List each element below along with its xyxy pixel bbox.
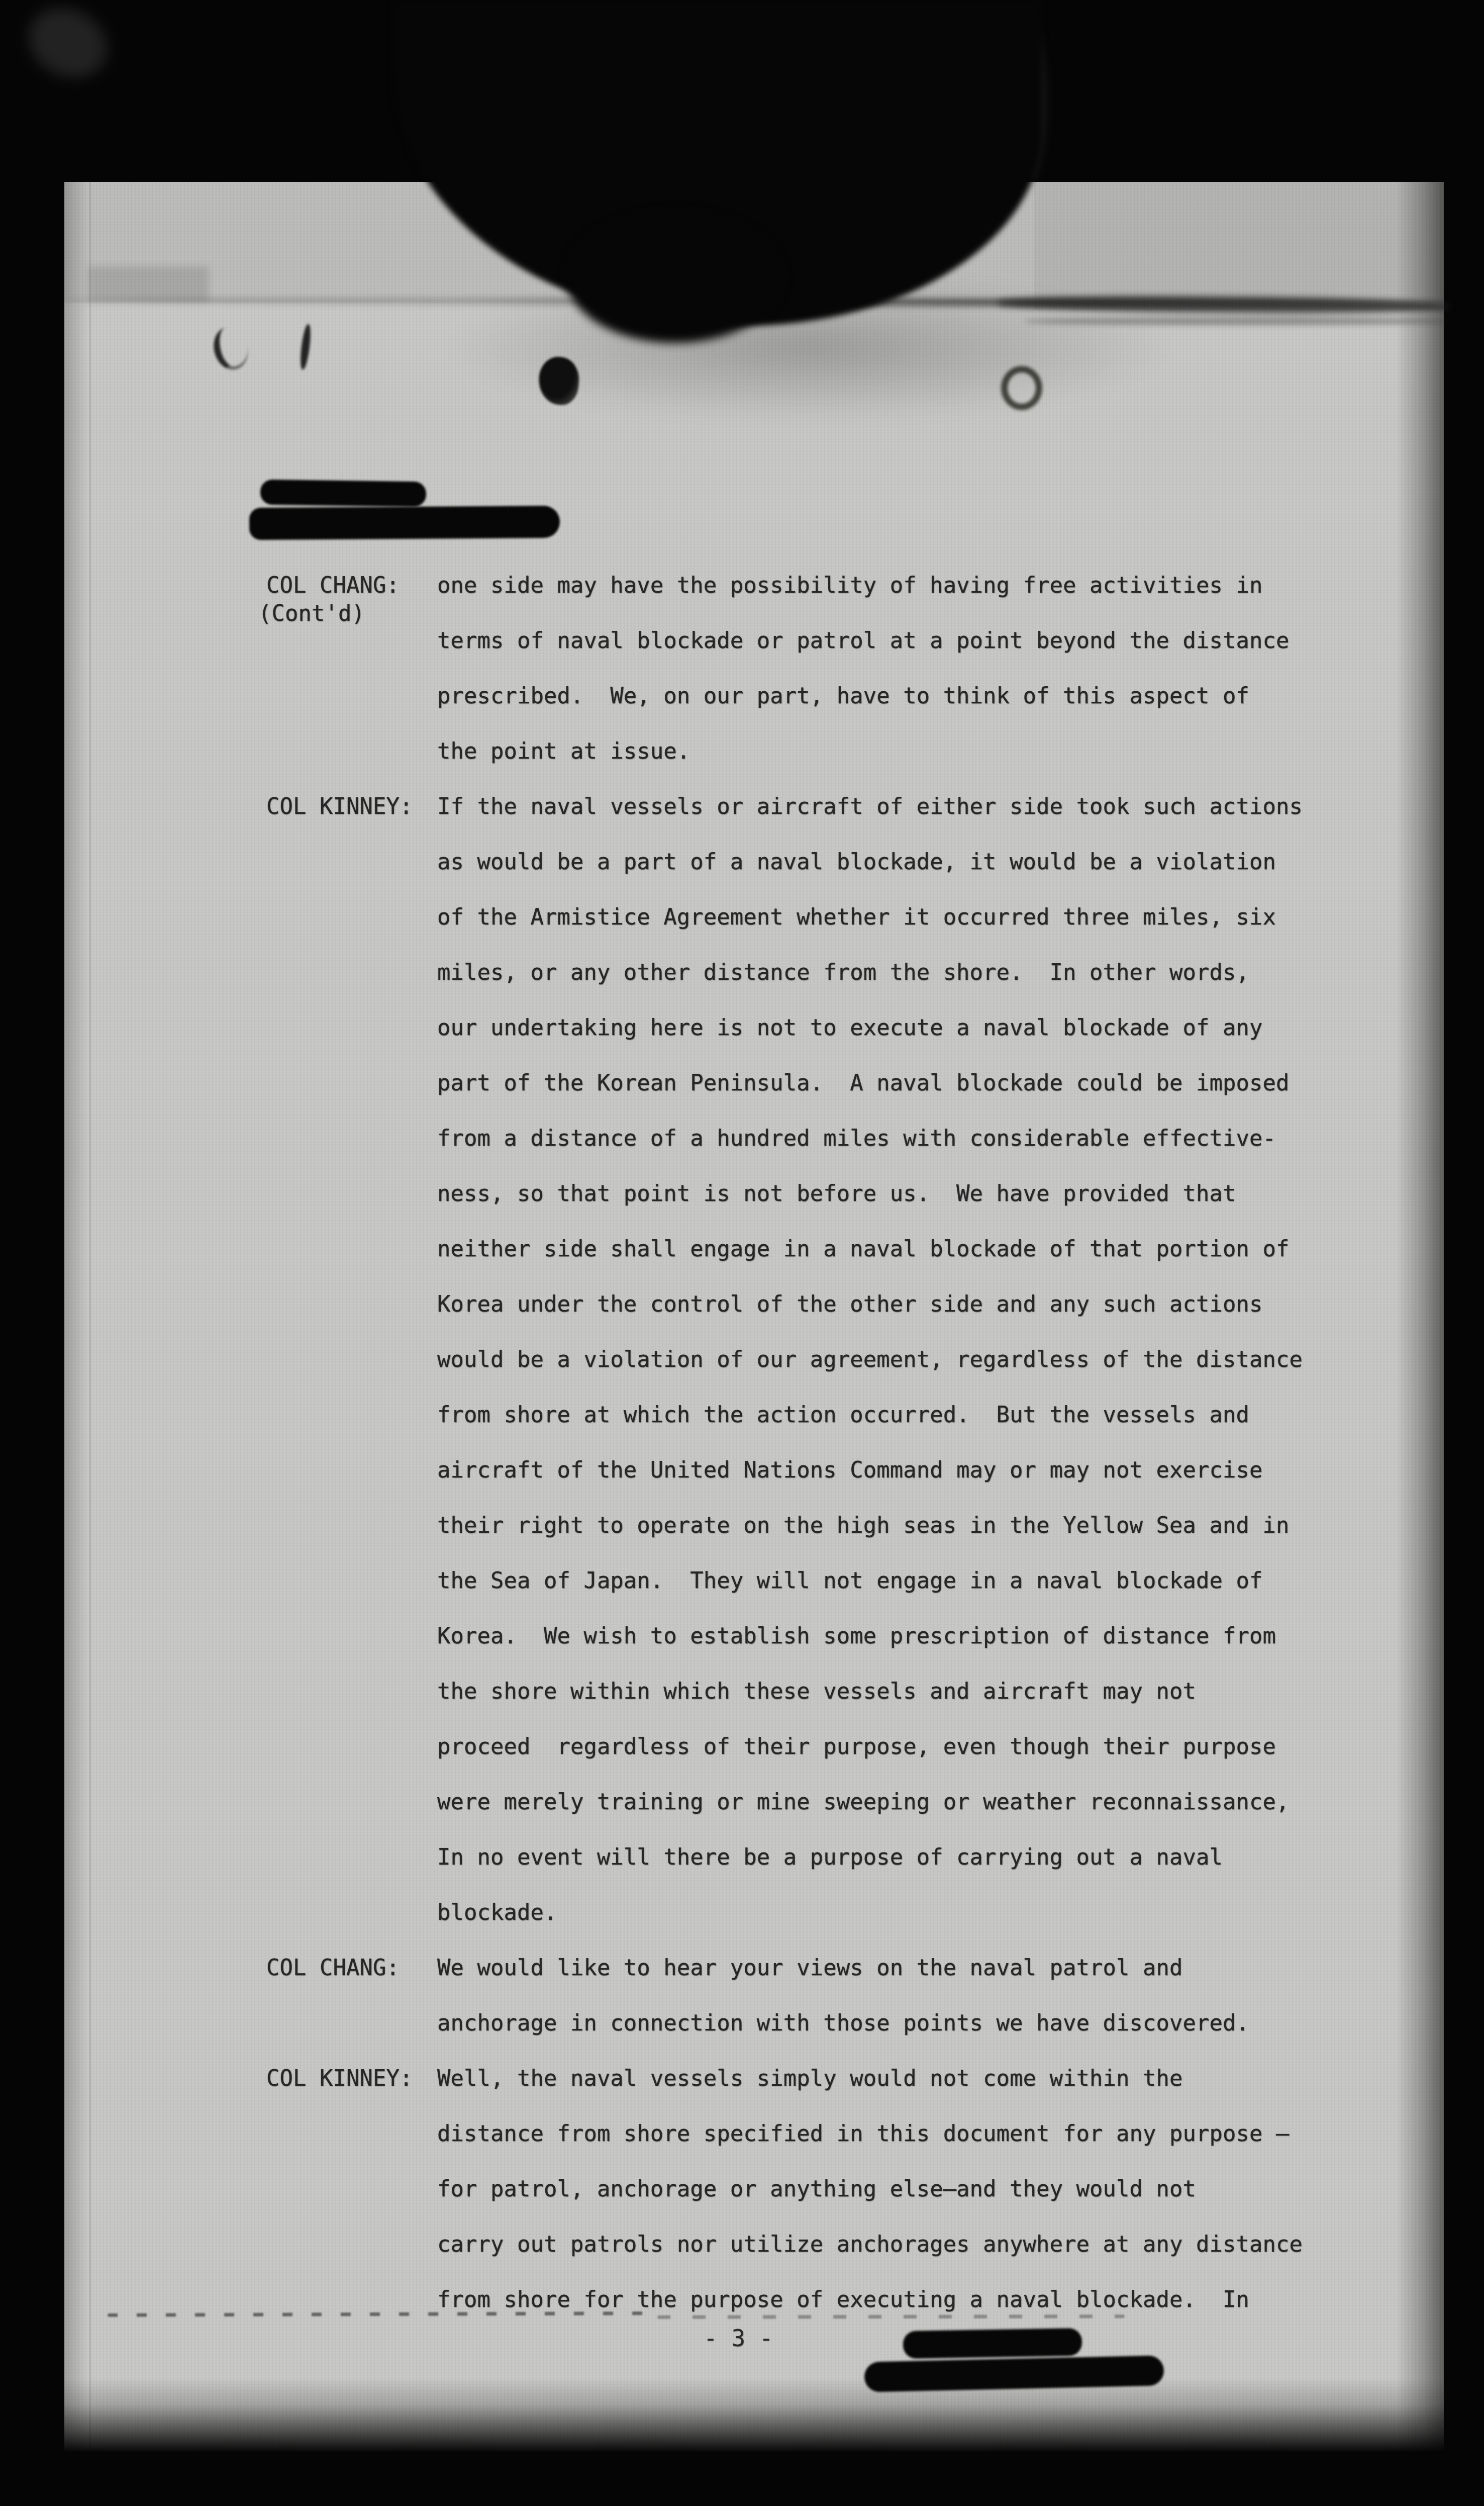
transcript-line: In no event will there be a purpose of c…: [437, 1845, 1223, 1870]
transcript-line: the shore within which these vessels and…: [437, 1679, 1196, 1704]
transcript-line: one side may have the possibility of hav…: [437, 573, 1262, 598]
transcript-line: Well, the naval vessels simply would not…: [437, 2066, 1182, 2091]
transcript-line: would be a violation of our agreement, r…: [437, 1347, 1303, 1372]
document-page: COL CHANG:(Cont'd)one side may have the …: [64, 182, 1444, 2453]
speaker-label: COL KINNEY:: [266, 2066, 413, 2091]
binder-clip-shadow-line: [1025, 318, 1447, 325]
transcript-line: carry out patrols nor utilize anchorages…: [437, 2232, 1303, 2257]
page-right-fold-shadow: [1396, 182, 1444, 2453]
speaker-label: COL CHANG:: [266, 573, 400, 598]
transcript-line: from shore for the purpose of executing …: [437, 2287, 1249, 2312]
transcript-line: Korea under the control of the other sid…: [437, 1292, 1262, 1317]
transcript-line: proceed regardless of their purpose, eve…: [437, 1734, 1276, 1759]
scan-background: 000217 COL CHANG:(Cont'd)one side may ha…: [0, 0, 1484, 2506]
transcript-line: of the Armistice Agreement whether it oc…: [437, 905, 1276, 930]
transcript-line: their right to operate on the high seas …: [437, 1513, 1289, 1538]
redaction-bar: [903, 2328, 1082, 2359]
page-left-crease: [89, 182, 91, 2453]
transcript-line: anchorage in connection with those point…: [437, 2011, 1249, 2036]
transcript-line: ness, so that point is not before us. We…: [437, 1181, 1236, 1206]
speaker-label: COL CHANG:: [266, 1956, 400, 1981]
transcript-line: the Sea of Japan. They will not engage i…: [437, 1568, 1262, 1594]
transcript-line: from shore at which the action occurred.…: [437, 1403, 1249, 1428]
transcript-line: were merely training or mine sweeping or…: [437, 1790, 1289, 1815]
page-number: - 3 -: [704, 2325, 773, 2352]
transcript-line: distance from shore specified in this do…: [437, 2121, 1289, 2147]
transcript-line: our undertaking here is not to execute a…: [437, 1015, 1262, 1041]
transcript-line: part of the Korean Peninsula. A naval bl…: [437, 1071, 1289, 1096]
page-bottom-shadow: [64, 2378, 1444, 2453]
page-left-shadow: [64, 182, 87, 2453]
transcript-line: for patrol, anchorage or anything else—a…: [437, 2177, 1196, 2202]
transcript: COL CHANG:(Cont'd)one side may have the …: [64, 182, 1444, 2453]
transcript-line: If the naval vessels or aircraft of eith…: [437, 794, 1303, 819]
transcript-line: Korea. We wish to establish some prescri…: [437, 1624, 1276, 1649]
scan-light-streak: [17, 0, 119, 90]
transcript-line: miles, or any other distance from the sh…: [437, 960, 1249, 985]
transcript-line: aircraft of the United Nations Command m…: [437, 1458, 1262, 1483]
transcript-line: from a distance of a hundred miles with …: [437, 1126, 1276, 1151]
transcript-line: We would like to hear your views on the …: [437, 1956, 1182, 1981]
transcript-line: as would be a part of a naval blockade, …: [437, 850, 1276, 875]
binder-clip: [567, 211, 783, 343]
transcript-line: terms of naval blockade or patrol at a p…: [437, 628, 1289, 654]
transcript-line: neither side shall engage in a naval blo…: [437, 1237, 1289, 1262]
transcript-line: prescribed. We, on our part, have to thi…: [437, 684, 1249, 709]
speaker-label: COL KINNEY:: [266, 794, 413, 819]
transcript-line: the point at issue.: [437, 739, 690, 764]
transcript-line: blockade.: [437, 1900, 557, 1925]
speaker-label: (Cont'd): [258, 601, 365, 626]
